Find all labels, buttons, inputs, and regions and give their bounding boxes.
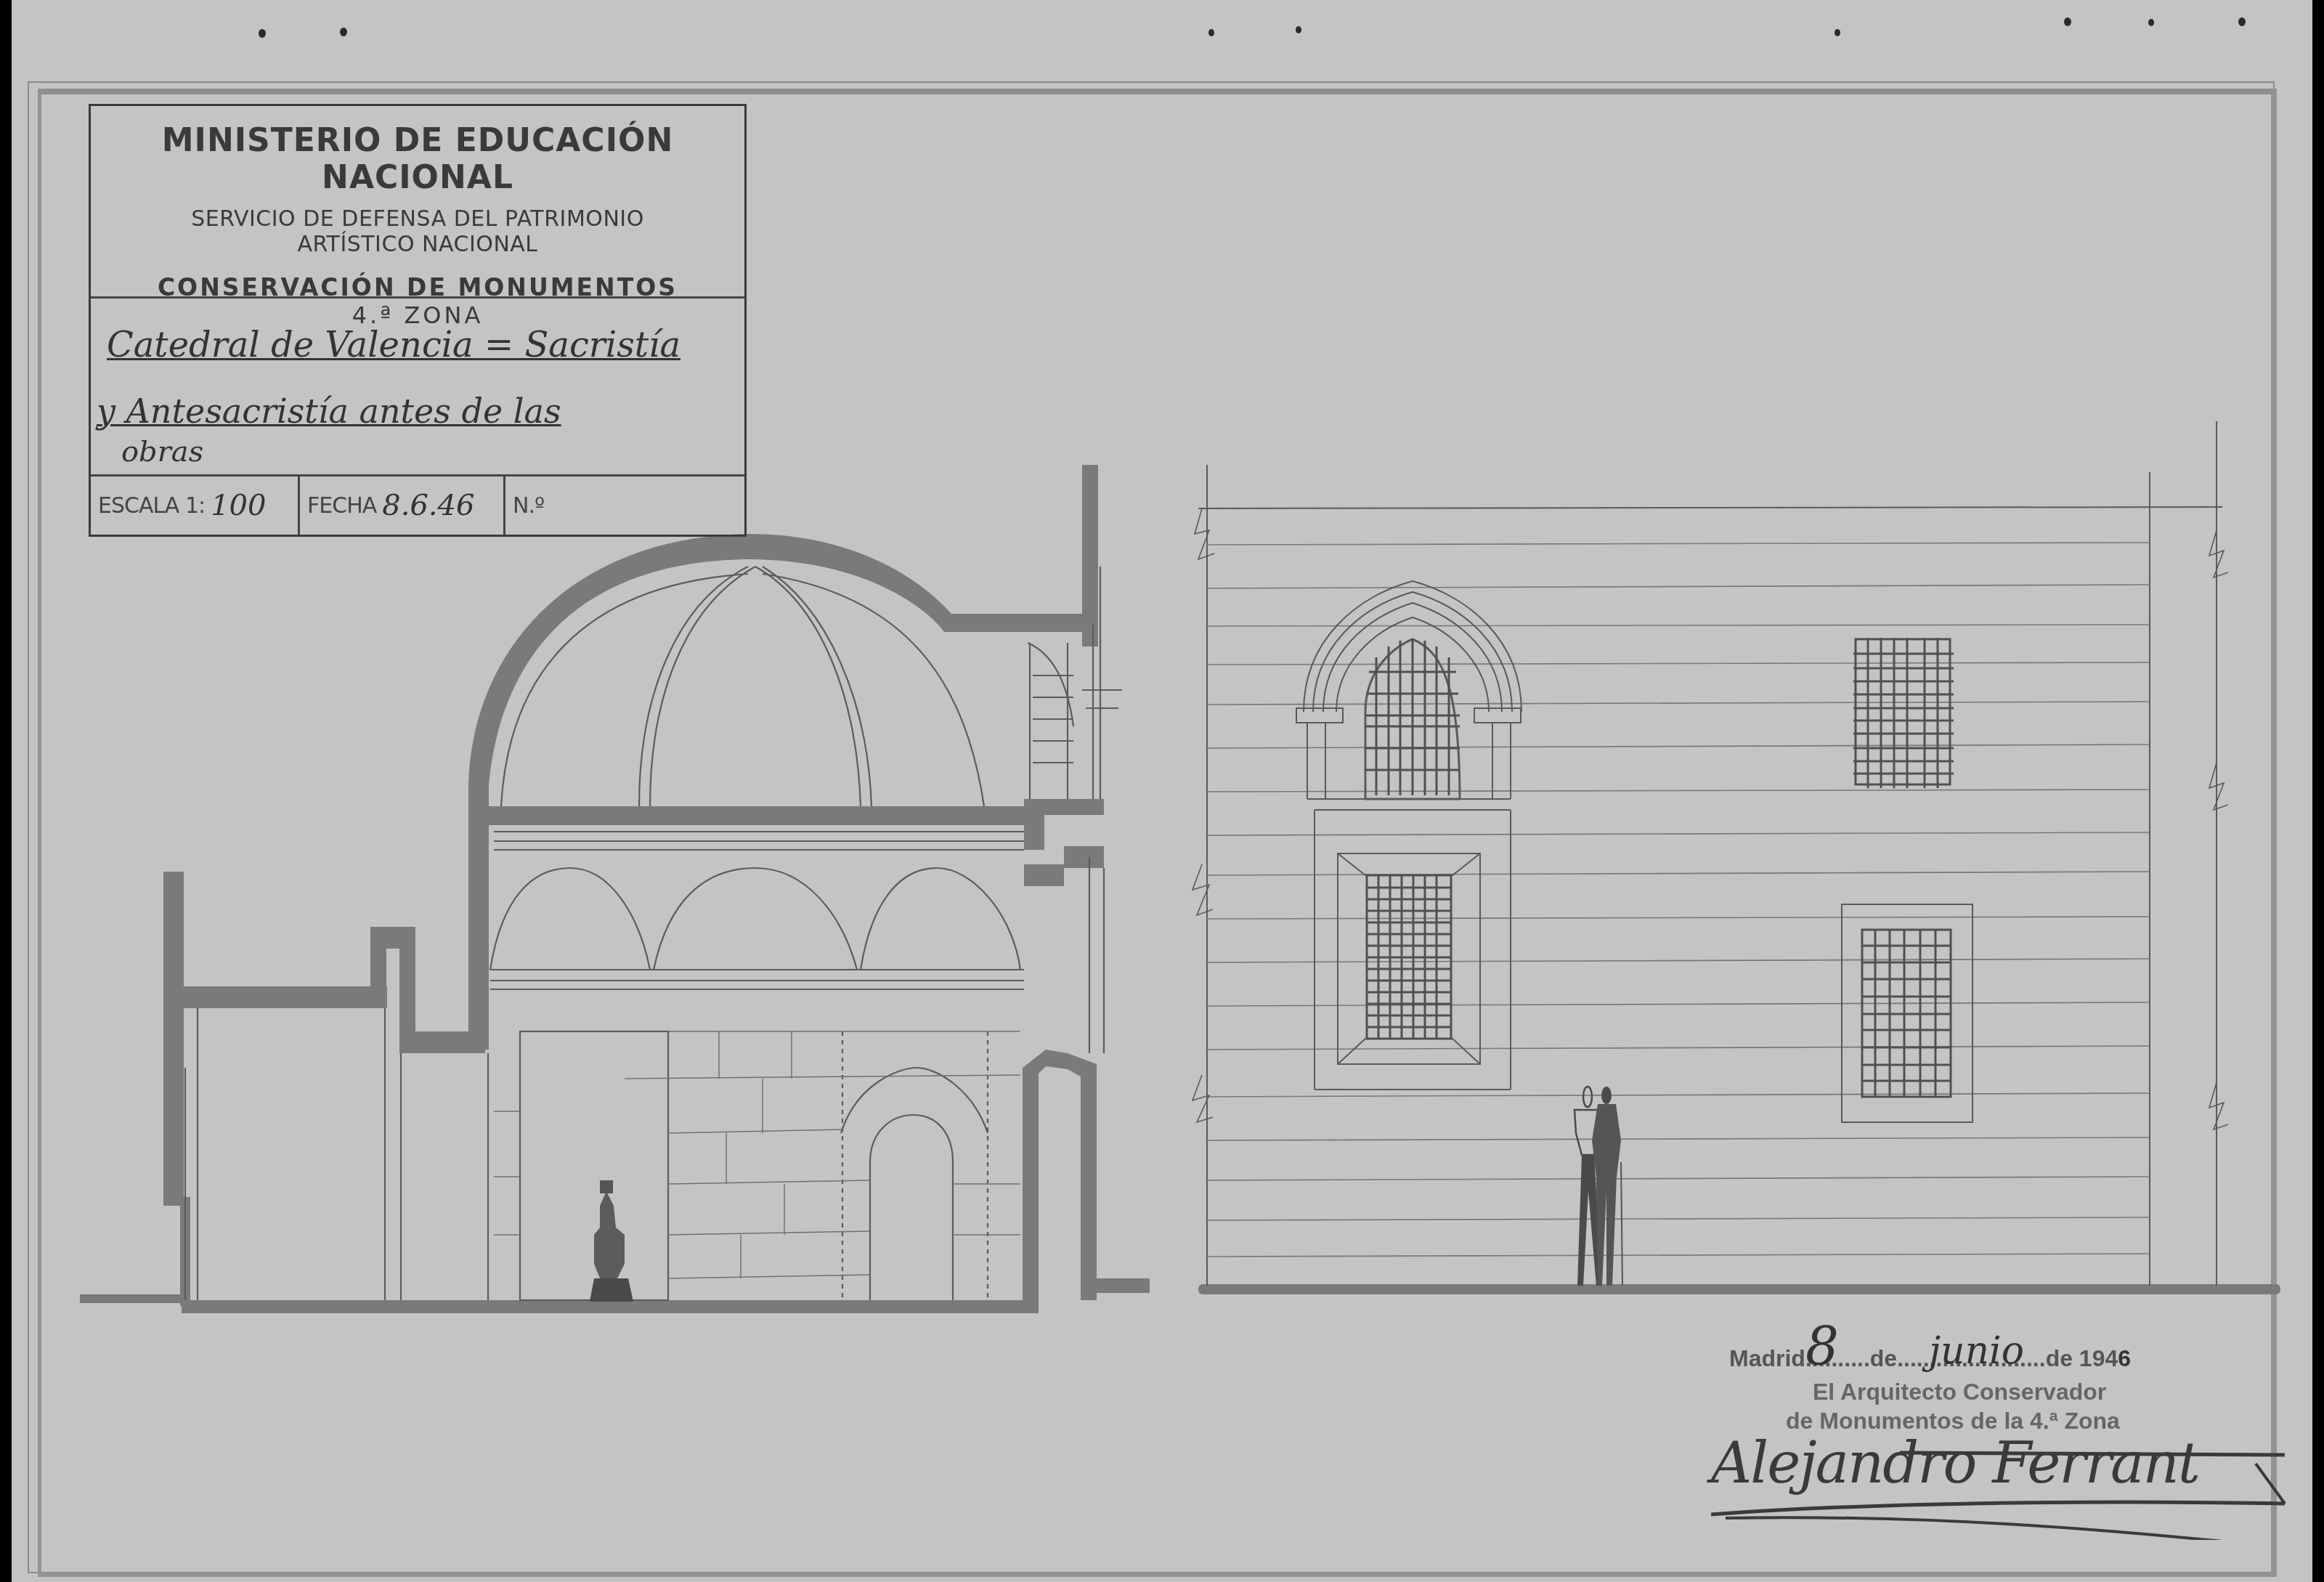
title-line-2: y Antesacristía antes de las (97, 392, 561, 431)
scale-value: 100 (211, 489, 266, 522)
signature-flourish (1711, 1322, 2292, 1540)
stamp-footer: ESCALA 1: 100 FECHA 8.6.46 N.º (91, 476, 744, 535)
number-label: N.º (513, 493, 544, 519)
date-label: FECHA (307, 493, 376, 519)
scale-cell: ESCALA 1: 100 (91, 476, 300, 535)
date-cell: FECHA 8.6.46 (300, 476, 505, 535)
drawing-title: Catedral de Valencia = Sacristía y Antes… (91, 299, 744, 476)
service-line-1: SERVICIO DE DEFENSA DEL PATRIMONIO (91, 206, 744, 232)
human-figure-section (590, 1180, 633, 1302)
service-line-2: ARTÍSTICO NACIONAL (91, 232, 744, 257)
office-name: CONSERVACIÓN DE MONUMENTOS (91, 273, 744, 301)
title-line-3: obras (121, 435, 203, 468)
number-cell: N.º (505, 476, 557, 535)
drawing-sheet: MINISTERIO DE EDUCACIÓN NACIONAL SERVICI… (12, 0, 2312, 1582)
title-line-1: Catedral de Valencia = Sacristía (107, 325, 680, 365)
section-fine-lines (185, 567, 1122, 1300)
scale-label: ESCALA 1: (98, 493, 205, 519)
ministry-name: MINISTERIO DE EDUCACIÓN NACIONAL (91, 106, 744, 196)
signature-block: Madrid..........de......................… (1711, 1322, 2292, 1540)
date-value: 8.6.46 (382, 489, 474, 522)
elevation-drawing (1193, 421, 2228, 1286)
section-drawing (80, 465, 2280, 1313)
title-block-stamp: MINISTERIO DE EDUCACIÓN NACIONAL SERVICI… (89, 104, 747, 537)
stamp-header: MINISTERIO DE EDUCACIÓN NACIONAL SERVICI… (91, 106, 744, 299)
